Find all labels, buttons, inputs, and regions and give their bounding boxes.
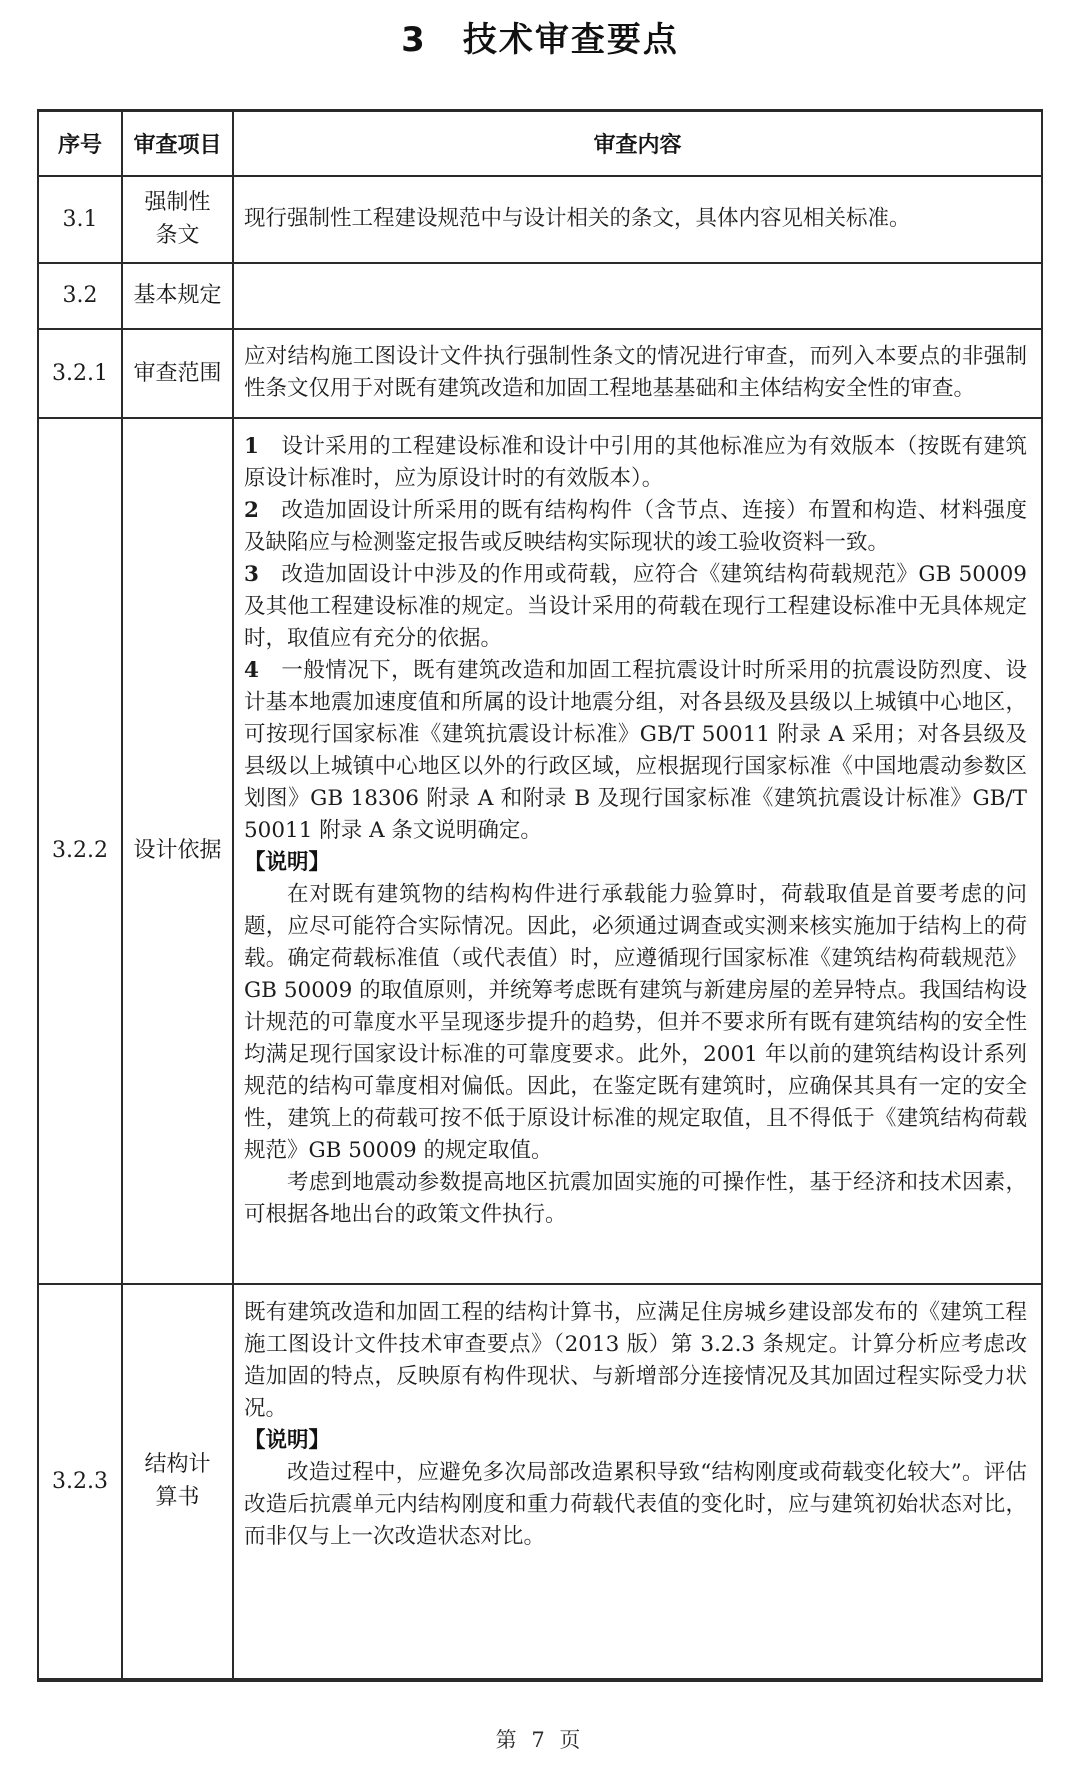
row-content: 1设计采用的工程建设标准和设计中引用的其他标准应为有效版本（按既有建筑原设计标准… bbox=[233, 418, 1042, 1284]
item-text: 设计采用的工程建设标准和设计中引用的其他标准应为有效版本（按既有建筑原设计标准时… bbox=[244, 434, 1027, 491]
item-number: 1 bbox=[244, 431, 259, 463]
numbered-item: 4一般情况下，既有建筑改造和加固工程抗震设计时所采用的抗震设防烈度、设计基本地震… bbox=[244, 655, 1027, 847]
row-item-label: 基本规定 bbox=[122, 263, 233, 329]
row-item-label: 强制性 条文 bbox=[122, 176, 233, 263]
table-row: 3.2.3 结构计 算书 既有建筑改造和加固工程的结构计算书，应满足住房城乡建设… bbox=[38, 1284, 1042, 1680]
page-title: 3 技术审查要点 bbox=[0, 0, 1080, 62]
row-item-label: 结构计 算书 bbox=[122, 1284, 233, 1680]
item-text: 改造加固设计中涉及的作用或荷载，应符合《建筑结构荷载规范》GB 50009 及其… bbox=[244, 562, 1027, 651]
header-no: 序号 bbox=[38, 111, 122, 176]
header-content: 审查内容 bbox=[233, 111, 1042, 176]
row-item-label: 设计依据 bbox=[122, 418, 233, 1284]
row-content: 应对结构施工图设计文件执行强制性条文的情况进行审查，而列入本要点的非强制性条文仅… bbox=[233, 329, 1042, 418]
row-number: 3.2.1 bbox=[38, 329, 122, 418]
item-text: 一般情况下，既有建筑改造和加固工程抗震设计时所采用的抗震设防烈度、设计基本地震加… bbox=[244, 658, 1027, 843]
row-number: 3.2.2 bbox=[38, 418, 122, 1284]
note-paragraph: 在对既有建筑物的结构构件进行承载能力验算时，荷载取值是首要考虑的问题，应尽可能符… bbox=[244, 879, 1027, 1167]
row-content-empty bbox=[233, 263, 1042, 329]
document-page: 3 技术审查要点 序号 审查项目 审查内容 3.1 强制性 条文 现行强制性工程… bbox=[0, 0, 1080, 1770]
content-paragraph: 既有建筑改造和加固工程的结构计算书，应满足住房城乡建设部发布的《建筑工程施工图设… bbox=[244, 1297, 1027, 1425]
note-label: 【说明】 bbox=[244, 1425, 1027, 1457]
table-row: 3.2 基本规定 bbox=[38, 263, 1042, 329]
item-number: 2 bbox=[244, 495, 259, 527]
item-number: 3 bbox=[244, 559, 259, 591]
numbered-item: 2改造加固设计所采用的既有结构构件（含节点、连接）布置和构造、材料强度及缺陷应与… bbox=[244, 495, 1027, 559]
review-table: 序号 审查项目 审查内容 3.1 强制性 条文 现行强制性工程建设规范中与设计相… bbox=[37, 109, 1043, 1682]
numbered-item: 3改造加固设计中涉及的作用或荷载，应符合《建筑结构荷载规范》GB 50009 及… bbox=[244, 559, 1027, 655]
row-content: 既有建筑改造和加固工程的结构计算书，应满足住房城乡建设部发布的《建筑工程施工图设… bbox=[233, 1284, 1042, 1680]
content-paragraph: 应对结构施工图设计文件执行强制性条文的情况进行审查，而列入本要点的非强制性条文仅… bbox=[244, 341, 1027, 405]
row-number: 3.2.3 bbox=[38, 1284, 122, 1680]
numbered-item: 1设计采用的工程建设标准和设计中引用的其他标准应为有效版本（按既有建筑原设计标准… bbox=[244, 431, 1027, 495]
note-label: 【说明】 bbox=[244, 847, 1027, 879]
header-item: 审查项目 bbox=[122, 111, 233, 176]
item-text: 改造加固设计所采用的既有结构构件（含节点、连接）布置和构造、材料强度及缺陷应与检… bbox=[244, 498, 1027, 555]
table-header-row: 序号 审查项目 审查内容 bbox=[38, 111, 1042, 176]
row-item-label: 审查范围 bbox=[122, 329, 233, 418]
note-paragraph: 改造过程中，应避免多次局部改造累积导致“结构刚度或荷载变化较大”。评估改造后抗震… bbox=[244, 1457, 1027, 1553]
item-number: 4 bbox=[244, 655, 259, 687]
row-number: 3.1 bbox=[38, 176, 122, 263]
table-row: 3.2.2 设计依据 1设计采用的工程建设标准和设计中引用的其他标准应为有效版本… bbox=[38, 418, 1042, 1284]
table-row: 3.1 强制性 条文 现行强制性工程建设规范中与设计相关的条文，具体内容见相关标… bbox=[38, 176, 1042, 263]
content-paragraph: 现行强制性工程建设规范中与设计相关的条文，具体内容见相关标准。 bbox=[244, 203, 1027, 235]
page-number: 第 7 页 bbox=[0, 1724, 1080, 1754]
row-content: 现行强制性工程建设规范中与设计相关的条文，具体内容见相关标准。 bbox=[233, 176, 1042, 263]
note-paragraph: 考虑到地震动参数提高地区抗震加固实施的可操作性，基于经济和技术因素，可根据各地出… bbox=[244, 1167, 1027, 1231]
table-row: 3.2.1 审查范围 应对结构施工图设计文件执行强制性条文的情况进行审查，而列入… bbox=[38, 329, 1042, 418]
row-number: 3.2 bbox=[38, 263, 122, 329]
